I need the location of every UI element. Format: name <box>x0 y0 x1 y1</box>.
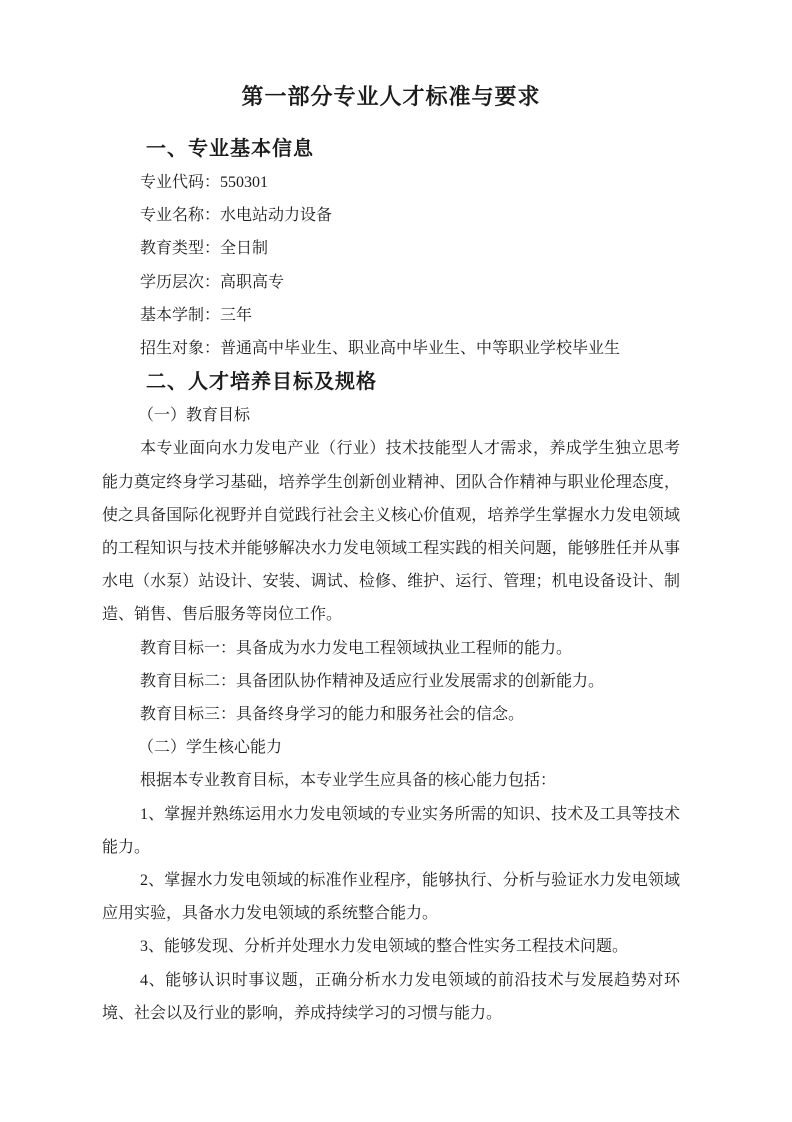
section-heading-training-objectives: 二、人才培养目标及规格 <box>102 365 680 399</box>
education-goal-1: 教育目标一：具备成为水力发电工程领域执业工程师的能力。 <box>102 632 680 665</box>
info-label: 专业名称： <box>140 207 220 224</box>
education-goals-paragraph: 本专业面向水力发电产业（行业）技术技能型人才需求，养成学生独立思考能力奠定终身学… <box>102 432 680 631</box>
document-page: 第一部分专业人才标准与要求 一、专业基本信息 专业代码：550301 专业名称：… <box>0 0 792 1122</box>
education-goal-2: 教育目标二：具备团队协作精神及适应行业发展需求的创新能力。 <box>102 665 680 698</box>
core-ability-4: 4、能够认识时事议题，正确分析水力发电领域的前沿技术与发展趋势对环境、社会以及行… <box>102 964 680 1030</box>
info-value: 水电站动力设备 <box>220 207 332 224</box>
core-abilities-intro: 根据本专业教育目标，本专业学生应具备的核心能力包括： <box>102 764 680 797</box>
education-goal-3: 教育目标三：具备终身学习的能力和服务社会的信念。 <box>102 698 680 731</box>
info-line-major-code: 专业代码：550301 <box>102 166 680 199</box>
info-label: 教育类型： <box>140 240 220 257</box>
info-label: 学历层次： <box>140 274 220 291</box>
section-heading-basic-info: 一、专业基本信息 <box>102 132 680 166</box>
info-label: 招生对象： <box>140 340 220 357</box>
info-line-enrollment-target: 招生对象：普通高中毕业生、职业高中毕业生、中等职业学校毕业生 <box>102 332 680 365</box>
info-label: 基本学制： <box>140 307 220 324</box>
info-value: 三年 <box>220 307 252 324</box>
info-value: 550301 <box>220 174 268 191</box>
core-ability-1: 1、掌握并熟练运用水力发电领域的专业实务所需的知识、技术及工具等技术能力。 <box>102 798 680 864</box>
core-ability-2: 2、掌握水力发电领域的标准作业程序，能够执行、分析与验证水力发电领域应用实验，具… <box>102 864 680 930</box>
info-label: 专业代码： <box>140 174 220 191</box>
info-value: 全日制 <box>220 240 268 257</box>
info-line-education-type: 教育类型：全日制 <box>102 232 680 265</box>
core-ability-3: 3、能够发现、分析并处理水力发电领域的整合性实务工程技术问题。 <box>102 930 680 963</box>
doc-title: 第一部分专业人才标准与要求 <box>102 84 680 110</box>
info-line-education-level: 学历层次：高职高专 <box>102 266 680 299</box>
info-line-major-name: 专业名称：水电站动力设备 <box>102 199 680 232</box>
info-line-schooling-length: 基本学制：三年 <box>102 299 680 332</box>
info-value: 高职高专 <box>220 274 284 291</box>
subsection-heading-education-goals: （一）教育目标 <box>102 399 680 432</box>
subsection-heading-core-abilities: （二）学生核心能力 <box>102 731 680 764</box>
info-value: 普通高中毕业生、职业高中毕业生、中等职业学校毕业生 <box>220 340 620 357</box>
